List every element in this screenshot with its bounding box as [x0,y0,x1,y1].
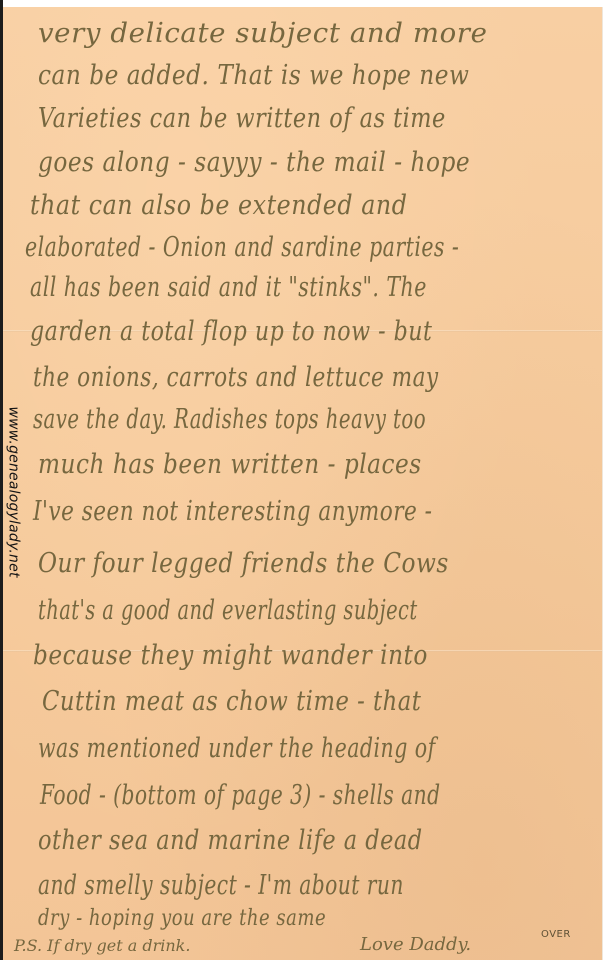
handwritten-line: Varieties can be written of as time [38,103,446,134]
handwritten-line: other sea and marine life a dead [38,825,423,856]
handwritten-line: garden a total flop up to now - but [30,316,432,347]
handwritten-line: and smelly subject - I'm about run [38,870,404,901]
handwritten-line: the onions, carrots and lettuce may [33,362,439,393]
handwritten-line: can be added. That is we hope new [38,60,469,91]
handwritten-line: much has been written - places [38,449,422,480]
handwritten-line: goes along - sayyy - the mail - hope [38,147,470,178]
handwritten-line: because they might wander into [33,640,428,671]
handwritten-line: Cuttin meat as chow time - that [42,686,421,717]
postscript: P.S. If dry get a drink. [14,936,190,955]
handwritten-line: very delicate subject and more [38,18,487,49]
handwritten-line: I've seen not interesting anymore - [33,496,432,527]
handwritten-line: was mentioned under the heading of [38,733,436,764]
letter-body: very delicate subject and more can be ad… [0,0,605,960]
over-mark: OVER [541,929,571,940]
handwritten-line: dry - hoping you are the same [38,906,326,931]
scanned-letter-page: www.genealogylady.net very delicate subj… [0,0,605,960]
handwritten-line: Food - (bottom of page 3) - shells and [40,780,441,811]
handwritten-line: that's a good and everlasting subject [38,595,418,626]
handwritten-line: all has been said and it "stinks". The [30,272,427,303]
handwritten-line: Our four legged friends the Cows [38,548,449,579]
signature: Love Daddy. [360,934,471,955]
handwritten-line: save the day. Radishes tops heavy too [33,404,426,435]
handwritten-line: that can also be extended and [30,190,407,221]
handwritten-line: elaborated - Onion and sardine parties - [25,232,459,263]
